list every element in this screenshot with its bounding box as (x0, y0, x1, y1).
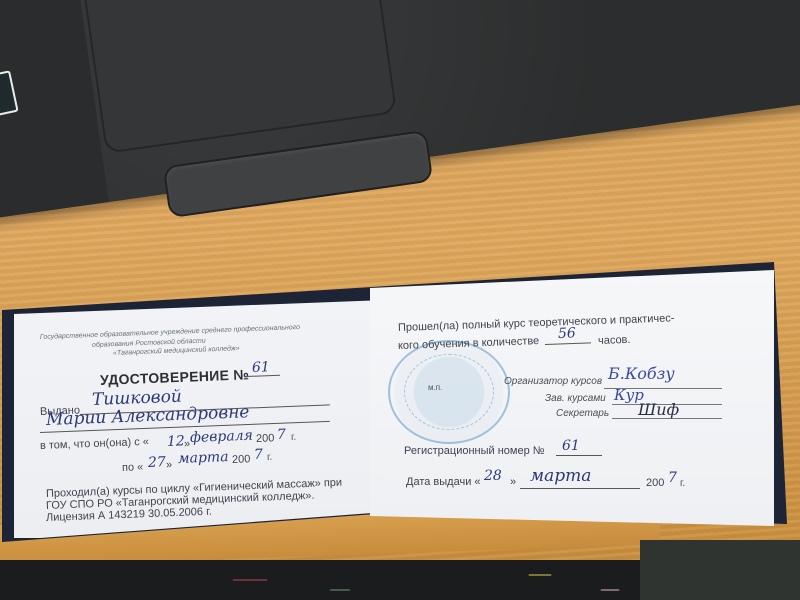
issue-year-digit: 7 (668, 470, 677, 486)
from-year-prefix: 200 (256, 432, 275, 445)
issue-month: марта (530, 466, 591, 486)
organizer-label: Организатор курсов (504, 376, 602, 387)
certificate-number: 61 (252, 359, 270, 376)
period-to-prefix: по « (122, 461, 144, 474)
to-day: 27 (148, 454, 166, 471)
from-day: 12 (167, 433, 185, 450)
secretary-signature: Шиф (638, 400, 679, 419)
issue-date-label: Дата выдачи « (406, 476, 481, 488)
to-year-prefix: 200 (232, 453, 251, 466)
reg-number-label: Регистрационный номер № (404, 445, 545, 457)
organizer-signature: Б.Кобзу (608, 364, 675, 383)
issue-year-suffix: г. (680, 478, 685, 489)
laptop-touchpad (77, 0, 398, 154)
issue-year-prefix: 200 (646, 477, 664, 489)
reg-number-underline (556, 455, 602, 456)
from-year-suffix: г. (291, 432, 297, 443)
issue-day: 28 (484, 468, 502, 484)
stamp-inner-ring (404, 354, 494, 430)
reg-number: 61 (562, 438, 580, 454)
sticker-line2: PERFORMANCE (0, 91, 9, 107)
head-of-courses-label: Зав. курсами (545, 393, 606, 404)
stamp-label: м.п. (428, 383, 442, 392)
hours-value: 56 (558, 325, 576, 342)
hours-suffix: часов. (598, 334, 631, 347)
to-year-suffix: г. (267, 452, 273, 463)
to-year-digit: 7 (254, 447, 264, 463)
official-stamp (388, 340, 510, 444)
to-month: марта (178, 449, 229, 467)
from-year-digit: 7 (277, 427, 287, 443)
from-month: февраля (190, 428, 253, 446)
background-object (640, 540, 800, 600)
secretary-label: Секретарь (556, 408, 609, 419)
photo-scene: OPTIMUS BATTERY LIFE PERFORMANCE Государ… (0, 0, 800, 600)
issue-month-underline (520, 488, 640, 489)
